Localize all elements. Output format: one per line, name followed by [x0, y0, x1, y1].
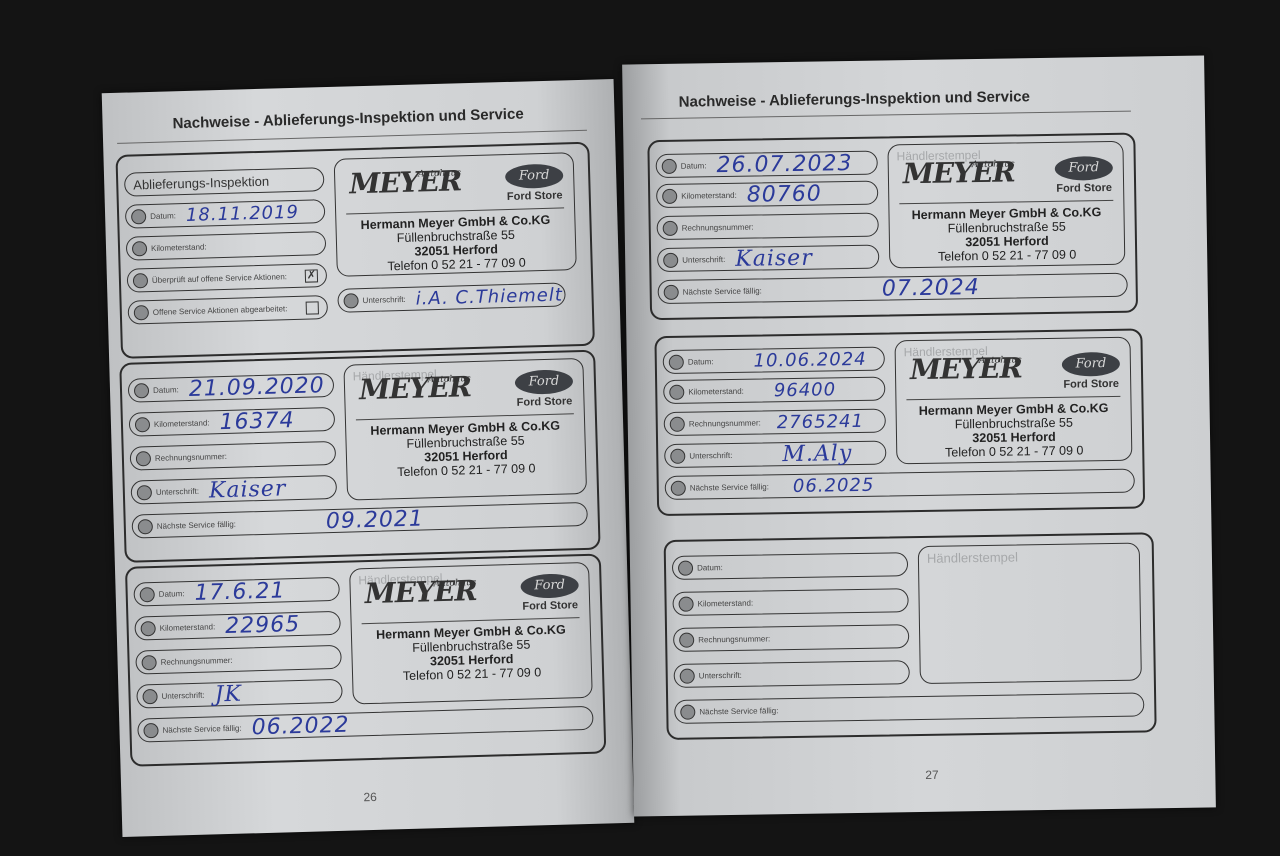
dealer-stamp-empty[interactable]: Händlerstempel	[918, 543, 1142, 684]
page-title: Nachweise - Ablieferungs-Inspektion und …	[172, 106, 524, 133]
delivery-inspection-heading: Ablieferungs-Inspektion	[124, 167, 325, 197]
field-mileage[interactable]: Kilometerstand: 22965	[134, 611, 341, 641]
field-invoice[interactable]: Rechnungsnummer:	[657, 213, 879, 240]
service-card-2: Datum: 17.6.21 Kilometerstand: 22965 Rec…	[125, 554, 606, 767]
bullet-icon	[140, 620, 155, 635]
page-number: 27	[925, 768, 939, 782]
service-card-3: Datum: 26.07.2023 Kilometerstand: 80760 …	[647, 133, 1138, 321]
page-title: Nachweise - Ablieferungs-Inspektion und …	[679, 88, 1030, 111]
bullet-icon	[343, 293, 358, 308]
bullet-icon	[134, 305, 149, 320]
field-mileage[interactable]: Kilometerstand: 96400	[663, 377, 885, 404]
ford-logo-icon: Ford	[1055, 156, 1113, 181]
field-next-service[interactable]: Nächste Service fällig: 06.2022	[137, 706, 593, 743]
field-mileage[interactable]: Kilometerstand:	[126, 231, 327, 261]
booklet-page-right: Nachweise - Ablieferungs-Inspektion und …	[622, 55, 1216, 816]
delivery-inspection-card: Ablieferungs-Inspektion Datum: 18.11.201…	[115, 142, 595, 359]
bullet-icon	[132, 241, 147, 256]
bullet-icon	[140, 587, 155, 602]
dealer-stamp: Händlerstempel MEYERAutohaus FordFord St…	[887, 141, 1125, 269]
ford-logo-icon: Ford	[1062, 352, 1120, 377]
field-next-service[interactable]: Nächste Service fällig: 09.2021	[131, 502, 587, 539]
bullet-icon	[142, 688, 157, 703]
ford-logo-icon: Ford	[505, 163, 564, 189]
dealer-stamp: Händlerstempel MEYERAutohaus FordFord St…	[349, 562, 593, 705]
ford-logo-icon: Ford	[520, 573, 579, 599]
field-recalls-done[interactable]: Offene Service Aktionen abgearbeitet:	[128, 295, 329, 325]
field-date[interactable]: Datum:	[672, 552, 908, 580]
bullet-icon	[137, 485, 152, 500]
meyer-logo: MEYERAutohaus	[349, 166, 462, 199]
bullet-icon	[669, 354, 684, 369]
field-mileage[interactable]: Kilometerstand: 80760	[656, 181, 878, 208]
bullet-icon	[670, 416, 685, 431]
dealer-stamp: MEYERAutohaus FordFord Store Hermann Mey…	[334, 152, 577, 277]
title-divider	[641, 111, 1131, 120]
booklet-page-left: Nachweise - Ablieferungs-Inspektion und …	[102, 79, 635, 837]
field-invoice[interactable]: Rechnungsnummer: 2765241	[664, 409, 886, 436]
field-next-service[interactable]: Nächste Service fällig: 06.2025	[665, 469, 1135, 500]
bullet-icon	[662, 158, 677, 173]
field-invoice[interactable]: Rechnungsnummer:	[130, 441, 337, 471]
service-card-4: Datum: 10.06.2024 Kilometerstand: 96400 …	[654, 328, 1145, 516]
field-date[interactable]: Datum: 17.6.21	[133, 577, 340, 607]
field-signature[interactable]: Unterschrift: Kaiser	[657, 245, 879, 272]
field-signature[interactable]: Unterschrift:	[674, 660, 910, 688]
field-mileage[interactable]: Kilometerstand: 16374	[129, 407, 336, 437]
bullet-icon	[131, 209, 146, 224]
dealer-stamp: Händlerstempel MEYERAutohaus FordFord St…	[343, 358, 587, 501]
field-next-service[interactable]: Nächste Service fällig:	[674, 692, 1144, 723]
bullet-icon	[663, 220, 678, 235]
field-signature[interactable]: Unterschrift: i.A. C.Thiemelt	[337, 282, 566, 312]
ford-logo-icon: Ford	[515, 369, 574, 395]
field-signature[interactable]: Unterschrift: Kaiser	[131, 475, 338, 505]
bullet-icon	[678, 596, 693, 611]
bullet-icon	[141, 654, 156, 669]
field-checked-recalls[interactable]: Überprüft auf offene Service Aktionen: ✗	[127, 263, 328, 293]
field-signature[interactable]: Unterschrift: M.Aly	[664, 441, 886, 468]
bullet-icon	[663, 252, 678, 267]
bullet-icon	[662, 188, 677, 203]
bullet-icon	[136, 451, 151, 466]
bullet-icon	[133, 273, 148, 288]
page-number: 26	[363, 790, 377, 804]
handwritten-date: 18.11.2019	[186, 201, 300, 225]
bullet-icon	[670, 448, 685, 463]
dealer-stamp: Händlerstempel MEYERAutohaus FordFord St…	[894, 337, 1132, 465]
handwritten-signature: i.A. C.Thiemelt	[415, 284, 563, 309]
bullet-icon	[134, 383, 149, 398]
field-signature[interactable]: Unterschrift: JK	[136, 679, 343, 709]
bullet-icon	[669, 384, 684, 399]
bullet-icon	[143, 722, 158, 737]
service-card-1: Datum: 21.09.2020 Kilometerstand: 16374 …	[119, 350, 600, 563]
bullet-icon	[678, 560, 693, 575]
bullet-icon	[680, 704, 695, 719]
field-date[interactable]: Datum: 26.07.2023	[656, 151, 878, 178]
bullet-icon	[679, 632, 694, 647]
bullet-icon	[138, 519, 153, 534]
field-invoice[interactable]: Rechnungsnummer:	[673, 624, 909, 652]
bullet-icon	[671, 480, 686, 495]
bullet-icon	[680, 668, 695, 683]
checkbox-checked-icon[interactable]: ✗	[305, 269, 318, 282]
field-mileage[interactable]: Kilometerstand:	[672, 588, 908, 616]
field-date[interactable]: Datum: 21.09.2020	[128, 373, 335, 403]
bullet-icon	[664, 284, 679, 299]
checkbox-empty-icon[interactable]	[306, 301, 319, 314]
bullet-icon	[135, 417, 150, 432]
field-date[interactable]: Datum: 18.11.2019	[125, 199, 326, 229]
field-invoice[interactable]: Rechnungsnummer:	[135, 645, 342, 675]
field-next-service[interactable]: Nächste Service fällig: 07.2024	[658, 273, 1128, 304]
service-card-5-empty: Datum: Kilometerstand: Rechnungsnummer: …	[664, 532, 1157, 740]
field-date[interactable]: Datum: 10.06.2024	[663, 347, 885, 374]
